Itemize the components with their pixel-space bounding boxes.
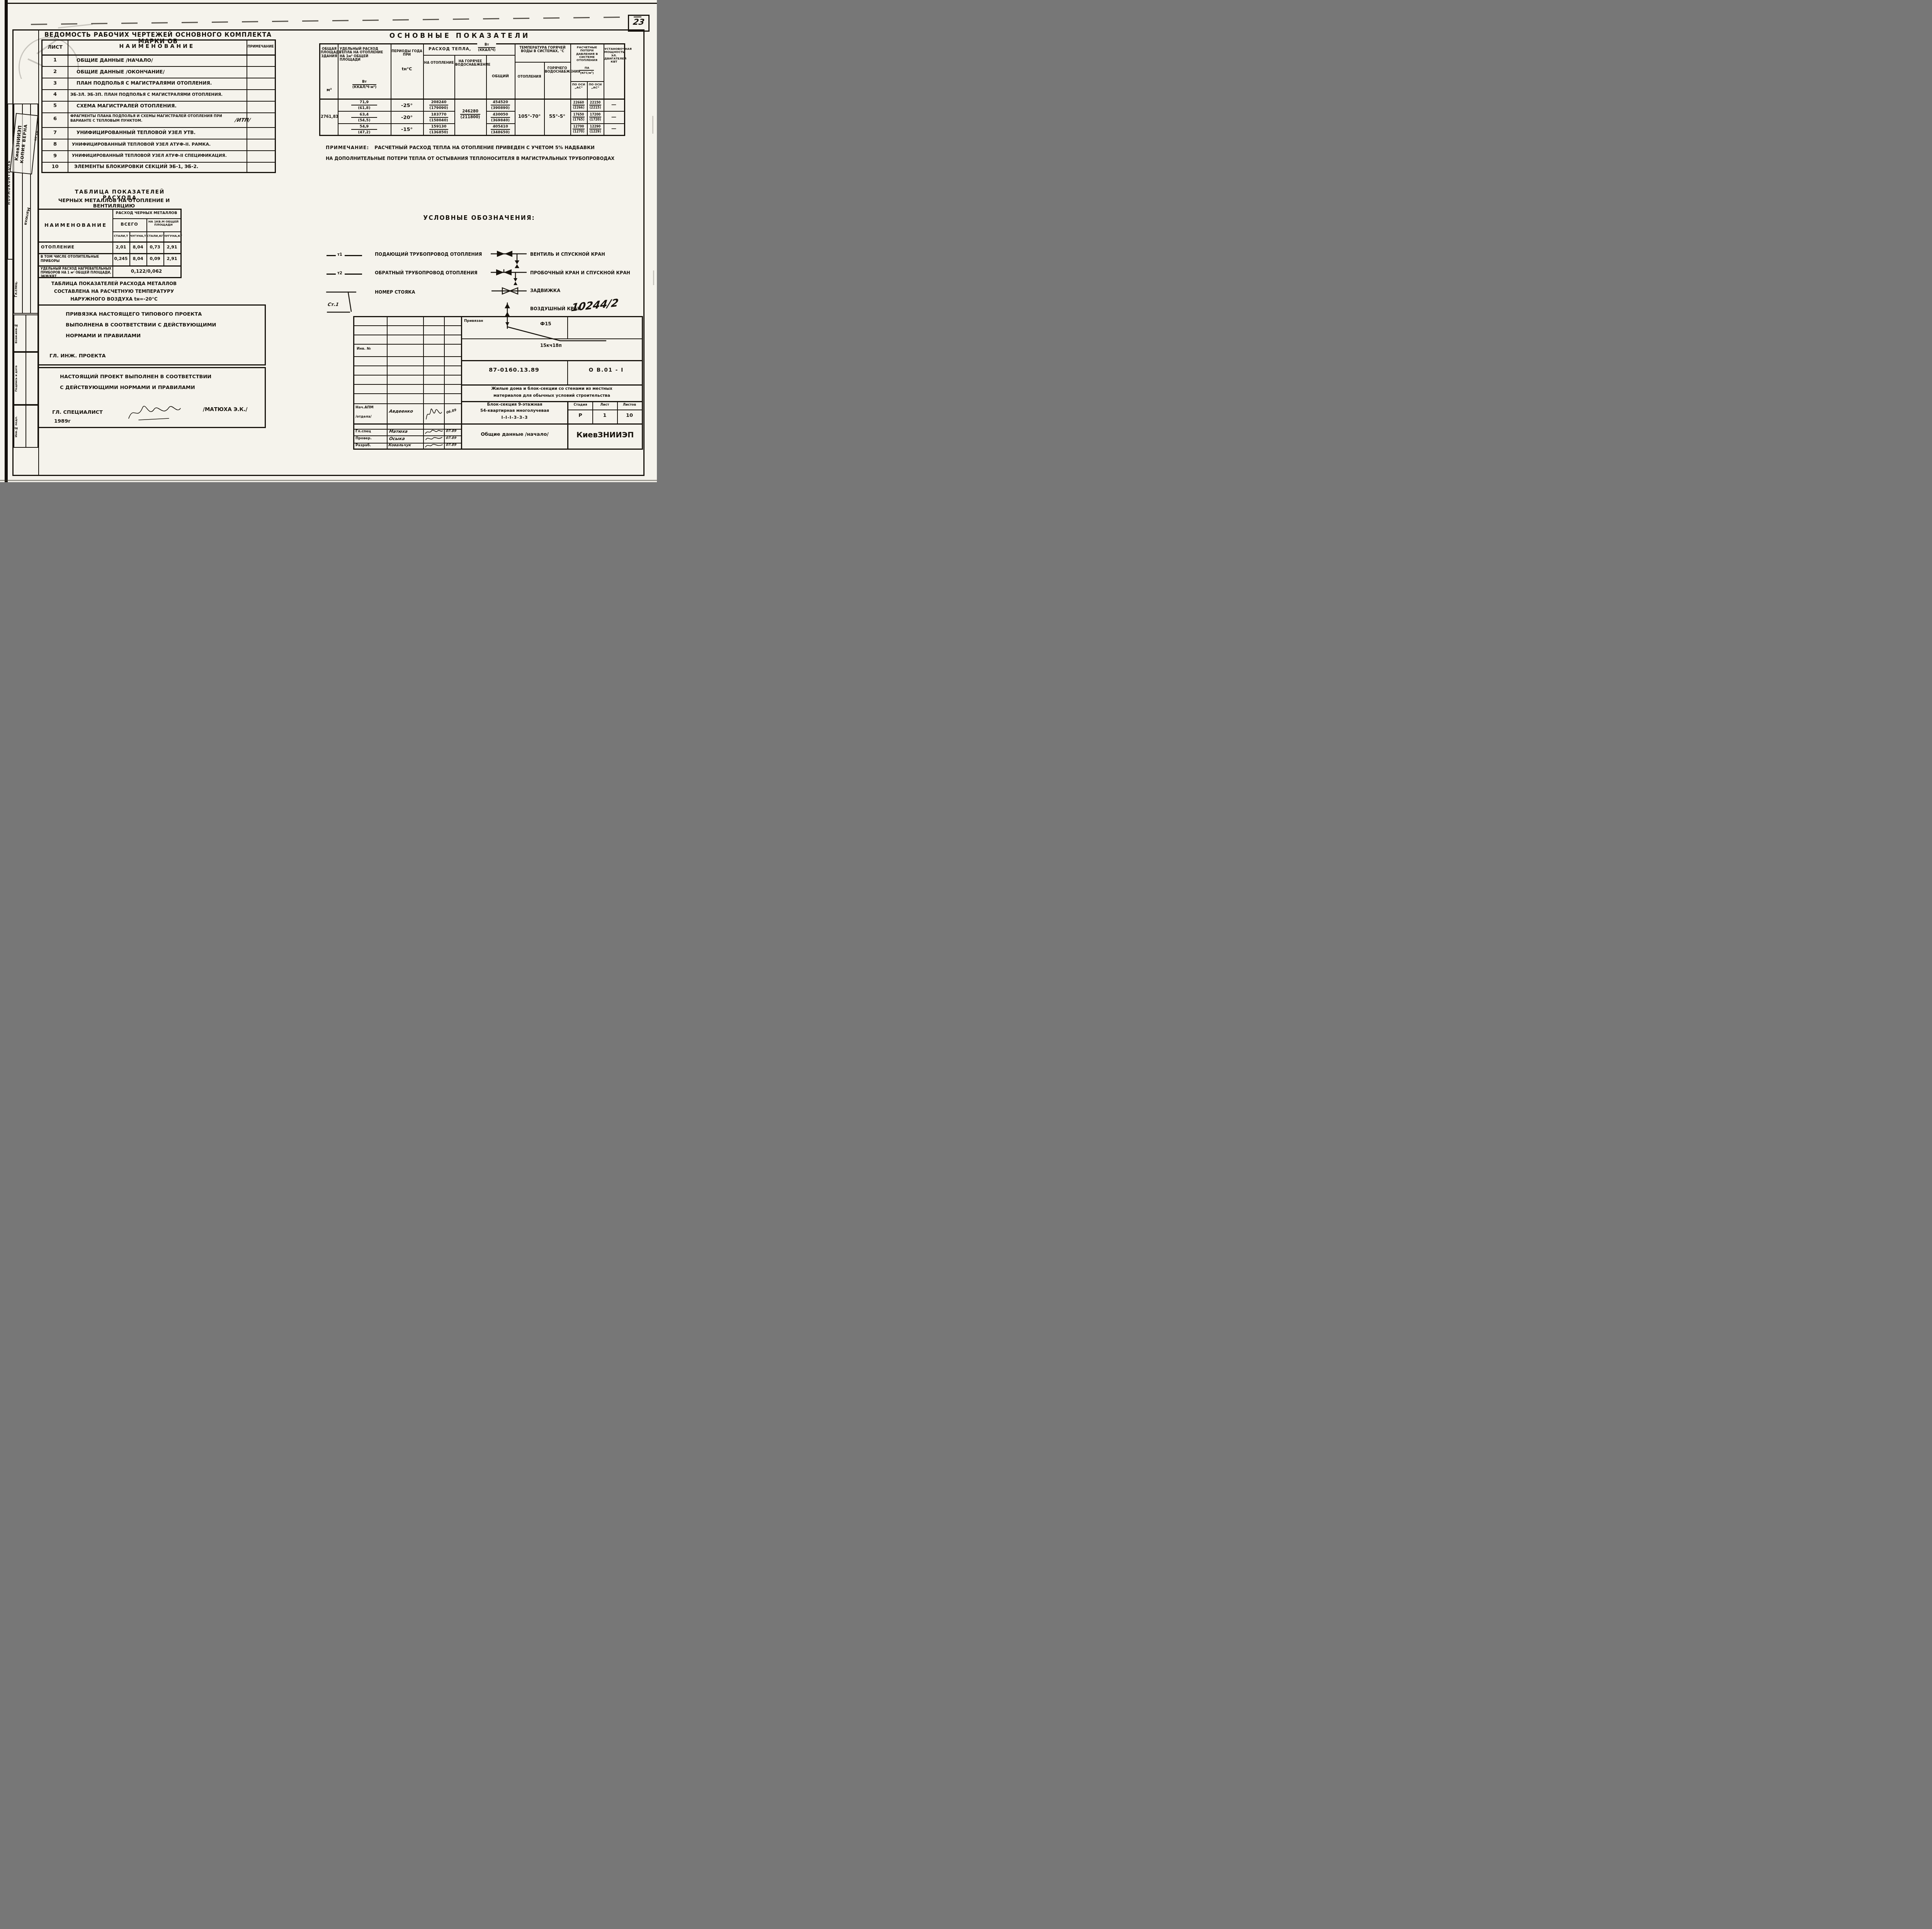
statement1-line2: ВЫПОЛНЕНА В СООТВЕТСТВИИ С ДЕЙСТВУЮЩИМИ <box>66 323 216 328</box>
row-num: 5 <box>43 103 68 109</box>
heating-r3: 159130(136850) <box>423 124 454 134</box>
worksheet-table: ЛИСТ НАИМЕНОВАНИЕ ПРИМЕЧАНИЕ 1 ОБЩИЕ ДАН… <box>41 39 276 173</box>
row-num: 6 <box>43 116 68 122</box>
header-temp-group: ТЕМПЕРАТУРА ГОРЯЧЕЙ ВОДЫ В СИСТЕМАХ, °С <box>516 46 569 54</box>
grid-line <box>354 403 461 404</box>
row-num: 3 <box>43 81 68 86</box>
grid-line <box>338 123 454 124</box>
header-period: ПЕРИОДЫ ГОДА ПРИ <box>391 50 422 57</box>
metals-u1: СТАЛИ,Т <box>112 235 129 238</box>
value: 22150 <box>589 101 602 105</box>
row-num: 4 <box>43 92 68 97</box>
sheet-code: О В.01 - I <box>571 367 642 373</box>
sig-name-kovalchuk: Ковальчук <box>388 444 412 447</box>
grid-line <box>354 423 642 425</box>
metals-r2-v3: 0,09 <box>146 257 163 261</box>
grid-line <box>461 384 642 386</box>
main-table-title: ОСНОВНЫЕ ПОКАЗАТЕЛИ <box>369 32 551 40</box>
grid-line <box>43 101 275 102</box>
grid-line <box>112 218 180 219</box>
statement1-line1: ПРИВЯЗКА НАСТОЯЩЕГО ТИПОВОГО ПРОЕКТА <box>66 312 202 317</box>
specific-r3: 54,9(47,2) <box>338 124 391 134</box>
margin-cell-inv-label: Инв.№ подл. <box>15 407 25 446</box>
statement2-signer: ГЛ. СПЕЦИАЛИСТ <box>52 410 103 415</box>
power-r1: — <box>604 102 624 108</box>
row-name: ОБЩИЕ ДАННЫЕ /ОКОНЧАНИЕ/ <box>77 69 165 75</box>
row-name: СХЕМА МАГИСТРАЛЕЙ ОТОПЛЕНИЯ. <box>77 103 177 109</box>
grid-line <box>39 265 180 267</box>
row-name: УНИФИЦИРОВАННЫЙ ТЕПЛОВОЙ УЗЕЛ УТВ. <box>77 130 196 135</box>
header-heating: НА ОТОПЛЕНИЕ <box>424 61 454 65</box>
value: (158040) <box>429 118 449 122</box>
total-r1: 454520(390890) <box>486 100 515 110</box>
main-note-line2: НА ДОПОЛНИТЕЛЬНЫЕ ПОТЕРИ ТЕПЛА ОТ ОСТЫВА… <box>326 156 614 161</box>
value: (47,2) <box>351 130 377 134</box>
grid-line <box>43 112 275 113</box>
sig-name-osyka: Осыка <box>389 437 405 441</box>
header-power: УСТАНОВОЧНАЯ МОЩНОСТЬ ЭЛ. ДВИГАТЕЛЕЙ КВТ <box>604 48 624 63</box>
sig-role-razrab: Разраб. <box>355 444 371 448</box>
grid-line <box>570 111 624 112</box>
value: (179090) <box>429 105 449 110</box>
statement2-name: /МАТЮХА Э.К./ <box>203 407 248 413</box>
header-specific-unit: Вт(ККАЛ/Ч·м²) <box>340 80 389 89</box>
signature-matyukha <box>425 429 443 435</box>
grid-line <box>567 401 568 449</box>
metals-h-name: НАИМЕНОВАНИЕ <box>39 223 112 228</box>
grid-line <box>486 111 515 112</box>
row-num: 1 <box>43 58 68 63</box>
sig-date-prover: 07.89 <box>446 437 457 440</box>
metals-u4: ЧУГУНА,КГ <box>163 235 180 238</box>
header-temp-heating: ОТОПЛЕНИЯ <box>515 75 543 79</box>
grid-line <box>43 78 275 78</box>
grid-line <box>461 360 642 361</box>
metals-h-total: ВСЕГО <box>112 222 146 227</box>
temp-heating-value: 105°-70° <box>515 114 544 119</box>
value: 246280 <box>460 109 480 115</box>
grid-line <box>43 89 275 90</box>
row-name: ЭБ-3Л. ЭБ-3П. ПЛАН ПОДПОЛЬЯ С МАГИСТРАЛЯ… <box>70 93 223 97</box>
object-line3: I-I-I-3-3-3 <box>462 415 567 420</box>
object-line2: 54-квартирная многолучевая <box>462 409 567 413</box>
main-table: ОБЩАЯ ПЛОЩАДЬ ЗДАНИЯ м² УДЕЛЬНЫЙ РАСХОД … <box>319 43 625 136</box>
grid-line <box>320 99 624 100</box>
inv-number-label: Инв. № <box>357 347 371 351</box>
statement1-line3: НОРМАМИ И ПРАВИЛАМИ <box>66 333 141 339</box>
value: 405410 <box>491 124 510 130</box>
margin-line <box>26 314 26 352</box>
grid-line <box>354 365 461 366</box>
grid-line <box>567 410 642 410</box>
statement2-box: НАСТОЯЩИЙ ПРОЕКТ ВЫПОЛНЕН В СООТВЕТСТВИИ… <box>37 367 266 428</box>
top-edge-line <box>7 3 657 4</box>
header-loss-group: РАСЧЕТНЫЕ ПОТЕРИ ДАВЛЕНИЯ В СИСТЕМЕ ОТОП… <box>571 46 603 62</box>
margin-cell-vzam-label: Взам.инв.№ <box>15 316 25 351</box>
value: (61,8) <box>351 105 377 110</box>
metals-title-line2: ЧЕРНЫХ МЕТАЛЛОВ НА ОТОПЛЕНИЕ И ВЕНТИЛЯЦИ… <box>41 198 187 209</box>
value: (54,5) <box>351 118 377 122</box>
grid-line <box>391 44 391 135</box>
total-r2: 430050(369840) <box>486 112 515 122</box>
t1-label: ПОДАЮЩИЙ ТРУБОПРОВОД ОТОПЛЕНИЯ <box>375 252 482 257</box>
grid-line <box>354 335 461 335</box>
value: 183770 <box>429 112 449 118</box>
sheets-header: Листов <box>617 403 642 407</box>
sig-role-prover: Провер. <box>355 437 372 441</box>
unit-denominator: (ККАЛ/Ч·м²) <box>352 85 377 89</box>
grid-line <box>68 41 68 172</box>
specific-r1: 71,9(61,8) <box>338 100 391 110</box>
row-num: 2 <box>43 69 68 75</box>
stage-header: Стадия <box>568 403 592 407</box>
statement1-box: ПРИВЯЗКА НАСТОЯЩЕГО ТИПОВОГО ПРОЕКТА ВЫП… <box>37 304 266 365</box>
hot-water-value: 246280(211800) <box>454 109 486 119</box>
metals-h-group: РАСХОД ЧЕРНЫХ МЕТАЛЛОВ <box>112 211 180 215</box>
total-r3: 405410(348650) <box>486 124 515 134</box>
grid-line <box>486 55 487 135</box>
object-line1: Блок-секция 9-этажная <box>462 403 567 407</box>
grid-line <box>354 325 461 326</box>
statement2-line2: С ДЕЙСТВУЮЩИМИ НОРМАМИ И ПРАВИЛАМИ <box>60 385 195 391</box>
sig-role-glspec: Гл.спец <box>355 430 371 434</box>
header-loss-unit: ПА(КГС/м²) <box>571 66 603 75</box>
loss-a1-r3: 12700(1270) <box>570 125 587 133</box>
grid-line <box>461 317 462 449</box>
row-note: /ИТП/ <box>235 118 251 123</box>
stage-value: Р <box>568 413 592 418</box>
grid-line <box>43 54 275 56</box>
value: (348650) <box>491 130 510 134</box>
top-dashed-line <box>31 16 641 25</box>
unit-denominator: (КГС/м²) <box>580 71 594 75</box>
sheets-value: 10 <box>617 413 642 418</box>
row-name: ФРАГМЕНТЫ ПЛАНА ПОДПОЛЬЯ И СХЕМЫ МАГИСТР… <box>70 114 233 123</box>
metals-r2-name: В ТОМ ЧИСЛЕ ОТОПИТЕЛЬНЫЕ ПРИБОРЫ <box>41 255 112 263</box>
signature-kovalchuk <box>425 443 443 449</box>
value: 54,9 <box>351 124 377 130</box>
t2-label: ОБРАТНЫЙ ТРУБОПРОВОД ОТОПЛЕНИЯ <box>375 270 478 275</box>
header-axis1: ПО ОСИ „АС“ <box>571 83 587 90</box>
value: 159130 <box>429 124 449 130</box>
value: 12290 <box>589 125 602 129</box>
riser-label: НОМЕР СТОЯКА <box>375 290 415 295</box>
sig-date-glspec: 07.89 <box>446 430 457 433</box>
value: 71,9 <box>351 100 377 105</box>
grid-line <box>567 360 568 384</box>
area-value: 2761,83 <box>321 115 338 119</box>
value: (390890) <box>491 105 510 110</box>
margin-cell-podpis-label: Подпись и дата <box>15 354 25 403</box>
header-specific: УДЕЛЬНЫЙ РАСХОД ТЕПЛА НА ОТОПЛЕНИЕ НА 1м… <box>340 48 389 62</box>
sig-date-apm: 06.89 <box>446 408 457 415</box>
metals-footnote-line1: ТАБЛИЦА ПОКАЗАТЕЛЕЙ РАСХОДА МЕТАЛЛОВ <box>44 281 184 286</box>
value: 22660 <box>573 101 585 105</box>
grid-line <box>112 210 113 277</box>
value: 12700 <box>573 125 585 129</box>
grid-line <box>515 44 515 135</box>
value: (369840) <box>491 118 510 122</box>
sig-role-apm2: /отдела/ <box>355 415 372 419</box>
attach-label: Привязан <box>464 320 483 323</box>
row-name: УНИФИЦИРОВАННЫЙ ТЕПЛОВОЙ УЗЕЛ АТУФ-II. Р… <box>72 142 211 147</box>
grid-line <box>354 356 461 357</box>
plug-valve-label: ПРОБОЧНЫЙ КРАН И СПУСКНОЙ КРАН <box>530 270 630 275</box>
loss-a1-r1: 22660(2266) <box>570 101 587 109</box>
row-name: ЭЛЕМЕНТЫ БЛОКИРОВКИ СЕКЦИЙ ЭБ-1, ЭБ-2. <box>74 164 198 169</box>
main-note-line1: ПРИМЕЧАНИЕ: РАСЧЕТНЫЙ РАСХОД ТЕПЛА НА ОТ… <box>326 145 595 150</box>
t2-line-symbol <box>345 274 362 275</box>
grid-line <box>354 384 461 385</box>
sig-name-matyukha: Матюха <box>389 430 408 434</box>
loss-a2-r2: 17200(1720) <box>587 113 604 121</box>
bottom-scan-shadow <box>0 480 657 481</box>
valve-label: ВЕНТИЛЬ И СПУСКНОЙ КРАН <box>530 252 605 257</box>
statement2-line1: НАСТОЯЩИЙ ПРОЕКТ ВЫПОЛНЕН В СООТВЕТСТВИИ <box>60 374 211 380</box>
edge-mark <box>652 116 653 134</box>
header-period-sym: tн°С <box>391 67 422 71</box>
title-block: Привязан Инв. № 87-0160.13.89 О В.01 - I… <box>353 316 643 450</box>
grid-line <box>39 241 180 243</box>
chief-specialist-signature <box>126 402 184 422</box>
grid-line <box>39 253 180 254</box>
worksheet-col-list: ЛИСТ <box>43 44 68 50</box>
specific-r2: 63,4(54,5) <box>338 112 391 122</box>
metals-r3-value: 0,122/0,062 <box>112 269 180 274</box>
grid-line <box>43 162 275 163</box>
grid-line <box>570 81 604 82</box>
grid-line <box>354 344 461 345</box>
unit-numerator: Вт <box>352 80 377 85</box>
value: (2215) <box>589 105 602 109</box>
loss-a1-r2: 17650(1765) <box>570 113 587 121</box>
grid-line <box>461 338 642 339</box>
sig-name-avdeenko: Авдеенко <box>389 409 413 414</box>
value: 430050 <box>491 112 510 118</box>
gate-valve-symbol <box>492 287 529 295</box>
header-area-unit: м² <box>321 88 338 92</box>
t1-tag: т1 <box>337 253 342 257</box>
header-temp-hw: ГОРЯЧЕГО ВОДОСНАБЖЕНИЯ <box>545 67 570 74</box>
power-r3: — <box>604 126 624 132</box>
temp-hw-value: 55°-5° <box>544 114 570 119</box>
row-num: 8 <box>43 142 68 147</box>
metals-r2-v4: 2,91 <box>163 257 180 261</box>
header-heat-group: РАСХОД ТЕПЛА, <box>429 47 471 52</box>
drawing-sheet: 23 НОРМОКОНТРОЛЬ Гл.спец. Матюха 07.89 К… <box>0 0 657 482</box>
t1-line-symbol <box>345 255 362 256</box>
margin-line <box>26 352 26 405</box>
row-num: 7 <box>43 130 68 136</box>
grid-line <box>112 231 180 232</box>
page-number: 23 <box>627 18 650 27</box>
grid-line <box>43 66 275 67</box>
metals-r2-v2: 8,04 <box>129 257 146 261</box>
unit-numerator: Вт <box>478 43 495 48</box>
unit-denominator: (ККАЛ/Ч) <box>478 48 495 52</box>
metals-u2: ЧУГУНА,Т <box>129 235 146 238</box>
header-area: ОБЩАЯ ПЛОЩАДЬ ЗДАНИЯ <box>321 48 338 58</box>
t1-line-symbol <box>327 255 336 256</box>
grid-line <box>486 123 515 124</box>
value: 63,4 <box>351 112 377 118</box>
margin-line <box>26 405 26 448</box>
metals-footnote-line2: СОСТАВЛЕНА НА РАСЧЕТНУЮ ТЕМПЕРАТУРУ <box>44 289 184 294</box>
loss-a2-r1: 22150(2215) <box>587 101 604 109</box>
metals-r1-v1: 2,01 <box>112 245 129 250</box>
value: (136850) <box>429 130 449 134</box>
header-total: ОБЩИЙ <box>487 75 514 78</box>
value: 17200 <box>589 113 602 117</box>
sig-role-apm: Нач.АПМ <box>355 406 374 410</box>
value: 17650 <box>573 113 585 117</box>
loss-a2-r3: 12290(1229) <box>587 125 604 133</box>
row-name: ПЛАН ПОДПОЛЬЯ С МАГИСТРАЛЯМИ ОТОПЛЕНИЯ. <box>77 81 212 86</box>
row-name: УНИФИЦИРОВАННЫЙ ТЕПЛОВОЙ УЗЕЛ АТУФ-II СП… <box>72 154 227 158</box>
sig-date-razrab: 07.89 <box>446 444 457 447</box>
metals-table: НАИМЕНОВАНИЕ РАСХОД ЧЕРНЫХ МЕТАЛЛОВ ВСЕГ… <box>38 209 182 278</box>
grid-line <box>354 435 461 436</box>
header-hot-water: НА ГОРЯЧЕЕ ВОДОСНАБЖЕНИЕ <box>455 60 485 67</box>
grid-line <box>43 150 275 151</box>
grid-line <box>43 127 275 128</box>
note-label: ПРИМЕЧАНИЕ: <box>326 145 369 150</box>
row-num: 10 <box>43 164 68 170</box>
row-num: 9 <box>43 153 68 159</box>
period-r1: -25° <box>391 103 423 109</box>
grid-line <box>354 393 461 394</box>
grid-line <box>247 41 247 172</box>
worksheet-col-note: ПРИМЕЧАНИЕ <box>247 45 275 49</box>
margin-role: Гл.спец. <box>15 267 21 311</box>
sheet-value: 1 <box>592 413 617 418</box>
note-text: РАСЧЕТНЫЙ РАСХОД ТЕПЛА НА ОТОПЛЕНИЕ ПРИВ… <box>374 145 594 150</box>
metals-r3-name: УДЕЛЬНЫЙ РАСХОД НАГРЕВАТЕЛЬНЫХ ПРИБОРОВ … <box>41 267 112 279</box>
edge-mark <box>653 270 654 285</box>
riser-tag: Ст.1 <box>327 302 339 307</box>
t2-line-symbol <box>327 274 336 275</box>
value: (1765) <box>573 117 585 121</box>
value: 454520 <box>491 100 510 105</box>
grid-line <box>567 317 568 338</box>
organization: КиевЗНИИЭП <box>568 431 642 439</box>
heating-r1: 208240(179090) <box>423 100 454 110</box>
value: (211800) <box>460 115 480 119</box>
grid-line <box>423 55 515 56</box>
grid-line <box>354 375 461 376</box>
value: (1720) <box>589 117 602 121</box>
doc-number: 87-0160.13.89 <box>461 367 567 374</box>
project-desc-line2: материалов для обычных условий строитель… <box>463 394 641 398</box>
metals-r1-v4: 2,91 <box>163 245 180 250</box>
grid-line <box>515 62 570 63</box>
period-r3: -15° <box>391 127 423 133</box>
metals-r1-v3: 0,73 <box>146 245 163 250</box>
power-r2: — <box>604 115 624 120</box>
signature-avdeenko <box>424 405 443 421</box>
heating-r2: 183770(158040) <box>423 112 454 122</box>
metals-r2-v1: 0,245 <box>112 257 129 261</box>
metals-r1-name: ОТОПЛЕНИЕ <box>41 245 75 250</box>
grid-line <box>43 139 275 139</box>
worksheet-col-name: НАИМЕНОВАНИЕ <box>68 44 247 49</box>
statement1-signer: ГЛ. ИНЖ. ПРОЕКТА <box>49 354 106 359</box>
statement2-year: 1989г <box>54 419 71 424</box>
metals-u3: СТАЛИ,КГ <box>146 235 163 238</box>
metals-r1-v2: 8,04 <box>129 245 146 250</box>
sheet-header: Лист <box>592 403 617 407</box>
metals-h-per: НА 1КВ.М ОБЩЕЙ ПЛОЩАДИ <box>146 220 180 227</box>
value: (1270) <box>573 129 585 133</box>
value: (2266) <box>573 105 585 109</box>
value: (1229) <box>589 129 602 133</box>
metals-footnote-line3: НАРУЖНОГО ВОЗДУХА tн=-20°С <box>44 297 184 302</box>
grid-line <box>570 123 624 124</box>
gate-valve-label: ЗАДВИЖКА <box>530 288 560 293</box>
row-name: ОБЩИЕ ДАННЫЕ /НАЧАЛО/ <box>77 58 153 63</box>
signature-osyka <box>425 436 443 442</box>
content-label: Общие данные /начало/ <box>462 432 567 437</box>
period-r2: -20° <box>391 115 423 121</box>
value: 208240 <box>429 100 449 105</box>
grid-line <box>338 111 454 112</box>
legend-title: УСЛОВНЫЕ ОБОЗНАЧЕНИЯ: <box>398 215 560 221</box>
unit-numerator: ПА <box>580 66 594 71</box>
t2-tag: т2 <box>337 271 342 275</box>
project-desc-line1: Жилые дома и блок-секции со стенами из м… <box>463 387 641 391</box>
header-heat-unit: Вт(ККАЛ/Ч) <box>477 43 496 52</box>
normo-label: НОРМОКОНТРОЛЬ <box>8 109 14 256</box>
header-axis2: ПО ОСИ „АС“ <box>587 83 603 90</box>
